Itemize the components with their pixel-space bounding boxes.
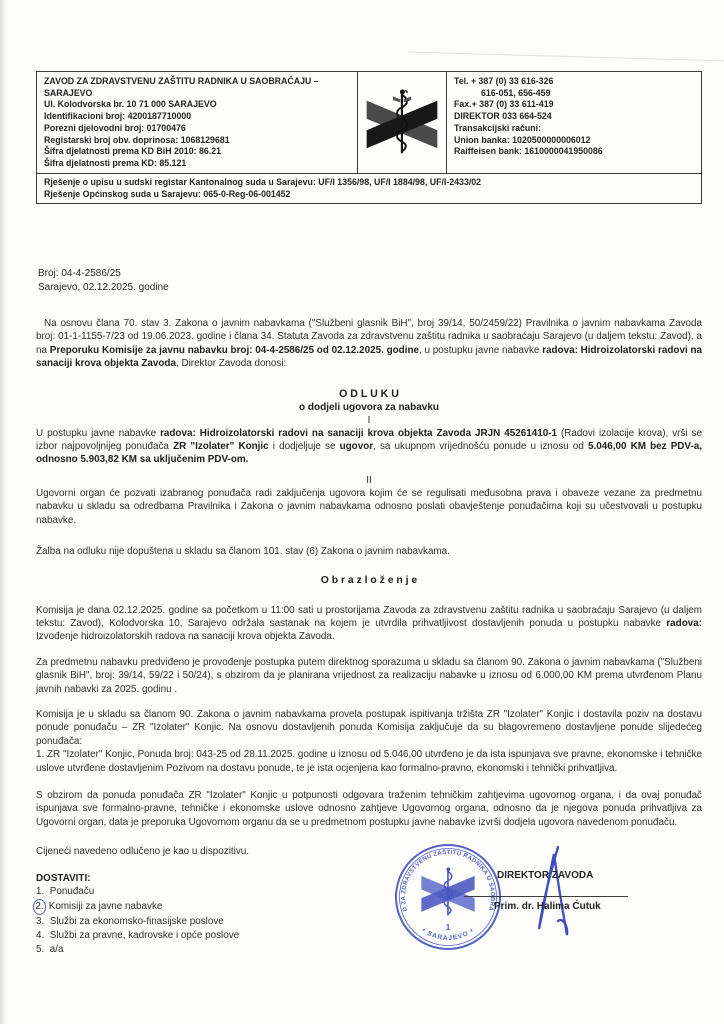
org-address: Ul. Kolodvorska br. 10 71 000 SARAJEVO [44, 99, 351, 111]
item-label: Ponuđaču [50, 886, 94, 897]
asclepius-crossed-bands-logo-icon [365, 86, 439, 158]
distribution-item-2: 2. Komisiji za javne nabavke [36, 899, 702, 915]
section-1-numeral: I [36, 415, 702, 427]
accounts-label: Transakcijski računi: [454, 123, 695, 135]
org-name: ZAVOD ZA ZDRAVSTVENU ZAŠTITU RADNIKA U S… [44, 76, 351, 99]
item-number: 4. [36, 929, 47, 943]
distribution-item-1: 1. Ponuđaču [36, 885, 702, 899]
raiffeisen-bank-account: Raiffeisen bank: 1610000041950086 [454, 146, 695, 158]
rationale-paragraph-3: Komisija je u skladu sa članom 90. Zakon… [36, 708, 702, 748]
distribution-list: DOSTAVITI: 1. Ponuđaču 2. Komisiji za ja… [36, 872, 702, 957]
letterhead-table: ZAVOD ZA ZDRAVSTVENU ZAŠTITU RADNIKA U S… [36, 71, 702, 204]
section-2-paragraph: Ugovorni organ će pozvati izabranog ponu… [36, 487, 702, 527]
distribution-item-4: 4. Službi za pravne, kadrovske i opće po… [36, 929, 702, 943]
document-place-date: Sarajevo, 02.12.2025. godine [38, 281, 702, 295]
signature-stroke-icon [518, 843, 580, 941]
item-label: Službi za ekonomsko-finasijske poslove [50, 916, 224, 927]
phone-line-2: 616-051, 656-459 [481, 88, 695, 100]
stamp-center-logo [421, 868, 474, 916]
director-phone-line: DIREKTOR 033 664-524 [454, 111, 695, 123]
item-label: Komisiji za javne nabavke [49, 901, 163, 912]
item-number: 5. [36, 943, 47, 957]
org-id-number: Identifikacioni broj: 4200187710000 [44, 111, 351, 123]
rationale-paragraph-2: Za predmetnu nabavku predviđeno je provo… [36, 656, 702, 696]
union-bank-account: Union banka: 1020500000006012 [454, 135, 695, 147]
scanned-document-page: ZAVOD ZA ZDRAVSTVENU ZAŠTITU RADNIKA U S… [0, 0, 724, 1024]
item-number: 1. [36, 885, 47, 899]
section-2-numeral: II [36, 475, 702, 487]
rationale-conclusion: Cijeneći navedeno odlučeno je kao u disp… [36, 845, 702, 858]
phone-line-1: Tel. + 387 (0) 33 616-326 [454, 76, 695, 88]
distribution-item-5: 5. a/a [36, 943, 702, 957]
registry-line-2: Rješenje Općinskog suda u Sarajevu: 065-… [44, 188, 695, 200]
official-round-stamp-icon: ZAVOD ZA ZDRAVSTVENU ZAŠTITU RADNIKA U S… [392, 841, 504, 953]
org-activity-code-kdbih: Šifra djelatnosti prema KD BiH 2010: 86.… [44, 146, 351, 158]
appeal-paragraph: Žalba na odluku nije dopuštena u skladu … [36, 545, 702, 558]
director-name: Prim. dr. Halima Ćutuk [494, 901, 601, 912]
org-registry-number: Registarski broj obv. doprinosa: 1068129… [44, 135, 351, 147]
distribution-item-3: 3. Službi za ekonomsko-finasijske poslov… [36, 915, 702, 929]
contact-info-block: Tel. + 387 (0) 33 616-326 616-051, 656-4… [447, 72, 701, 173]
document-info-block: Broj: 04-4-2586/25 Sarajevo, 02.12.2025.… [38, 267, 702, 294]
decision-title: O D L U K U [36, 388, 702, 401]
item-label: a/a [50, 944, 64, 955]
decision-subtitle: o dodjeli ugovora za nabavku [36, 401, 702, 415]
rationale-paragraph-3-item: 1. ZR "Izolater" Konjic, Ponuda broj: 04… [36, 748, 702, 775]
fax-line: Fax.+ 387 (0) 33 611-419 [454, 99, 695, 111]
signature-line [464, 896, 628, 897]
registry-decisions-row: Rješenje o upisu u sudski registar Kanto… [37, 173, 701, 203]
stamp-center-number: 1 [446, 922, 451, 932]
rationale-heading: O b r a z l o ž e n j e [36, 574, 702, 588]
item-number: 3. [36, 915, 47, 929]
logo-cell [357, 72, 447, 173]
rationale-paragraph-1: Komisija je dana 02.12.2025. godine sa p… [36, 604, 702, 644]
org-tax-number: Porezni djelovodni broj: 01700476 [44, 123, 351, 135]
distribution-title: DOSTAVITI: [36, 872, 702, 886]
rationale-paragraph-4: S obzirom da ponuda ponuđača ZR "Izolate… [36, 789, 702, 829]
org-info-block: ZAVOD ZA ZDRAVSTVENU ZAŠTITU RADNIKA U S… [37, 72, 357, 173]
item-label: Službi za pravne, kadrovske i opće poslo… [50, 930, 239, 941]
document-number: Broj: 04-4-2586/25 [38, 267, 702, 281]
org-activity-code-kd: Šifra djelatnosti prema KD: 85.121 [44, 158, 351, 170]
document-body: ZAVOD ZA ZDRAVSTVENU ZAŠTITU RADNIKA U S… [0, 0, 724, 956]
section-1-paragraph: U postupku javne nabavke radova: Hidroiz… [36, 427, 702, 467]
registry-line-1: Rješenje o upisu u sudski registar Kanto… [44, 176, 695, 188]
director-title: DIREKTOR ZAVODA [497, 870, 593, 881]
preamble-paragraph: Na osnovu člana 70. stav 3. Zakona o jav… [36, 317, 702, 371]
item-number-circled: 2. [33, 899, 46, 915]
